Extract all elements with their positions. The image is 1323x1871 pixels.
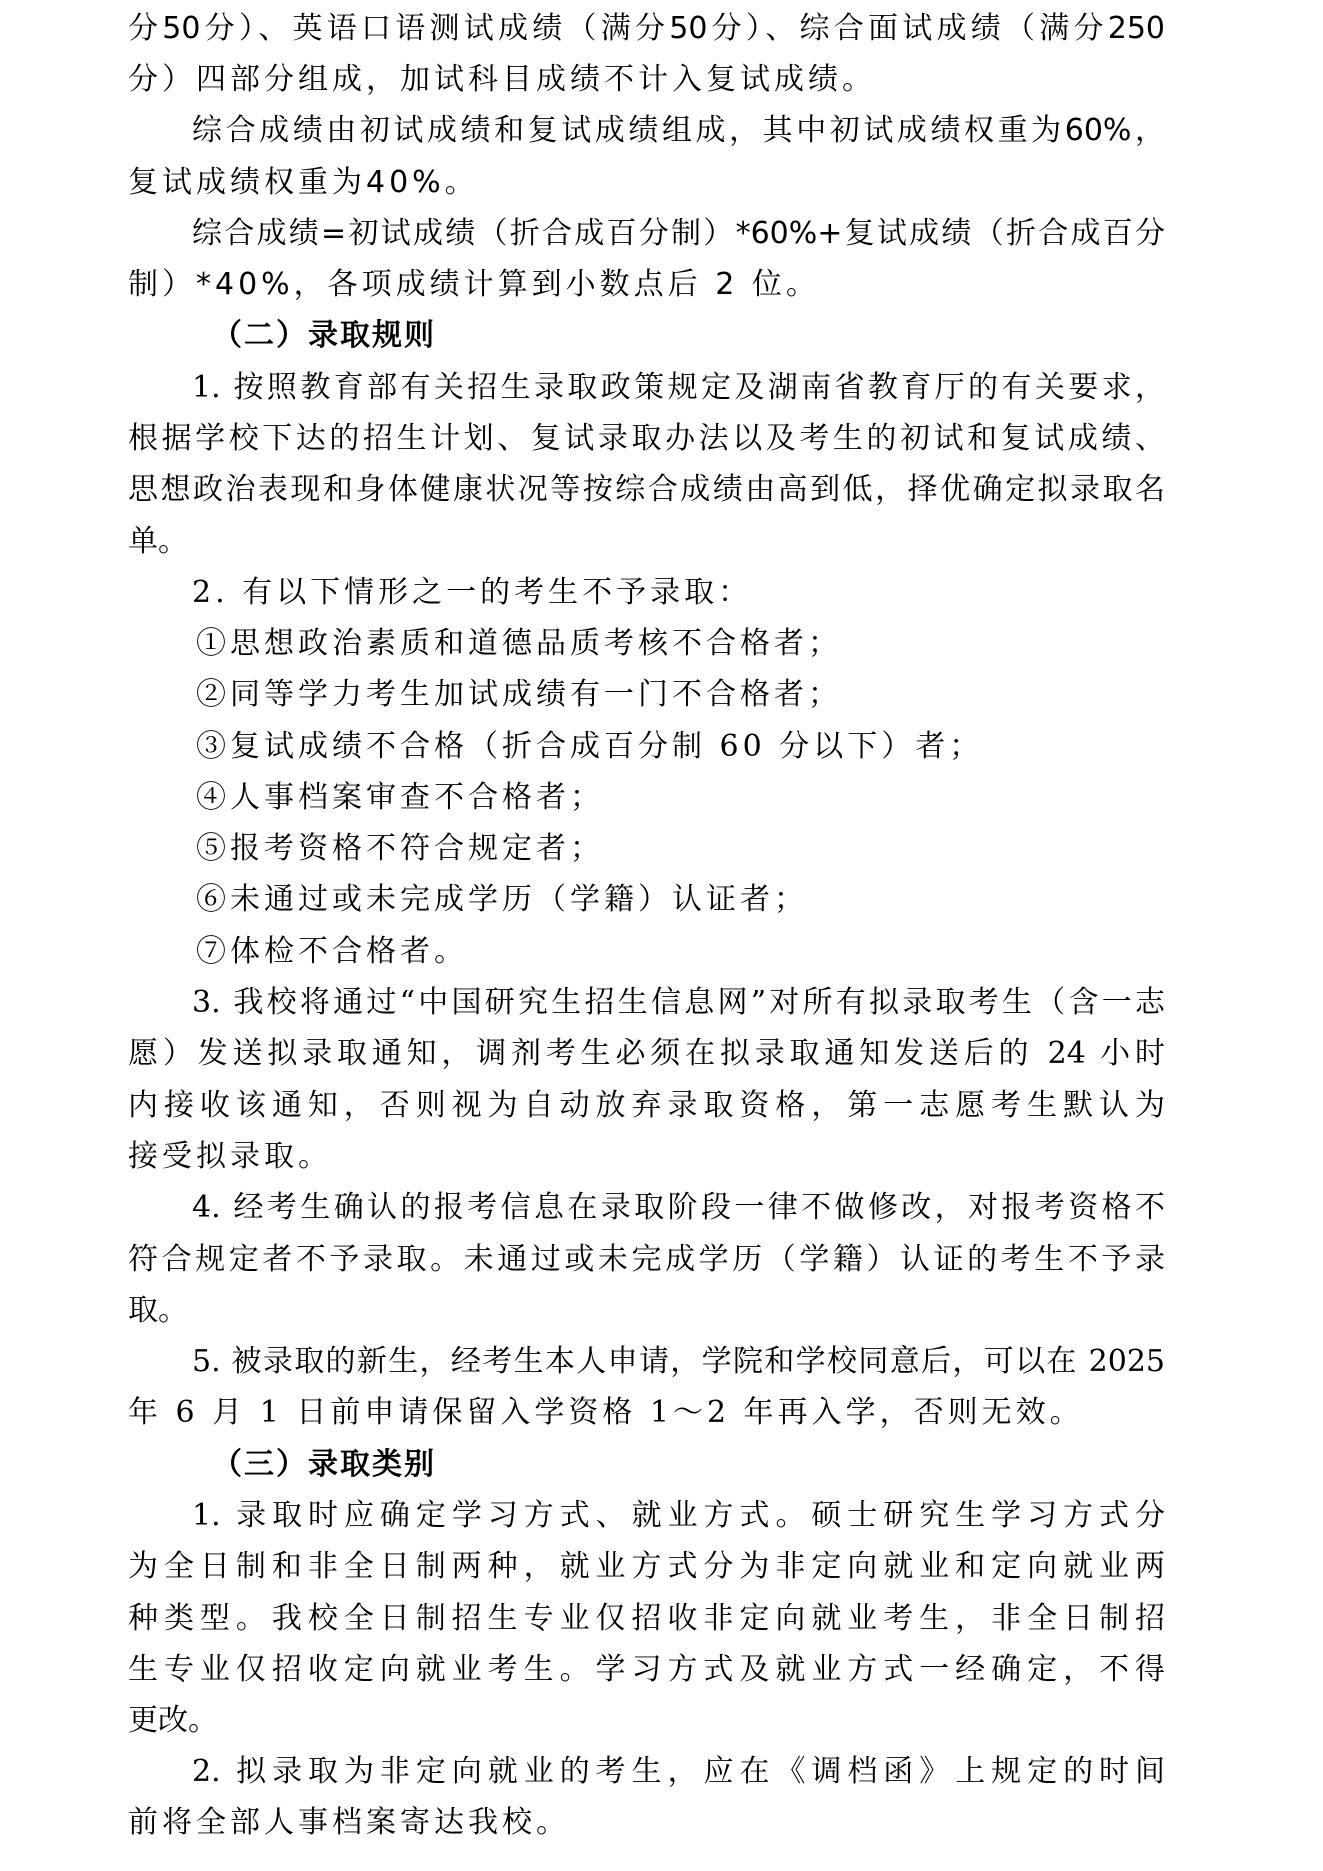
list-item: ⑥未通过或未完成学历（学籍）认证者； <box>196 874 1165 925</box>
text-line: 单。 <box>128 516 1165 567</box>
text-line: 复试成绩权重为40%。 <box>128 157 1165 208</box>
section-heading-admission-categories: （三）录取类别 <box>212 1439 1112 1490</box>
list-item: ③复试成绩不合格（折合成百分制 60 分以下）者； <box>196 721 1165 772</box>
text-line: 综合成绩由初试成绩和复试成绩组成，其中初试成绩权重为60%， <box>192 105 1165 156</box>
text-line: 1. 按照教育部有关招生录取政策规定及湖南省教育厅的有关要求， <box>192 362 1165 413</box>
text-line: 2. 有以下情形之一的考生不予录取： <box>192 567 1165 618</box>
text-line: 符合规定者不予录取。未通过或未完成学历（学籍）认证的考生不予录 <box>128 1234 1165 1285</box>
text-line: 前将全部人事档案寄达我校。 <box>128 1797 1165 1848</box>
text-line: 分50分）、英语口语测试成绩（满分50分）、综合面试成绩（满分250 <box>128 3 1165 54</box>
text-line: 1. 录取时应确定学习方式、就业方式。硕士研究生学习方式分 <box>192 1490 1165 1541</box>
text-line: 愿）发送拟录取通知，调剂考生必须在拟录取通知发送后的 24 小时 <box>128 1028 1165 1079</box>
text-line: 思想政治表现和身体健康状况等按综合成绩由高到低，择优确定拟录取名 <box>128 464 1165 515</box>
text-line: 更改。 <box>128 1695 1165 1746</box>
text-line: 内接收该通知，否则视为自动放弃录取资格，第一志愿考生默认为 <box>128 1080 1165 1131</box>
list-item: ②同等学力考生加试成绩有一门不合格者； <box>196 669 1165 720</box>
text-line: 分）四部分组成，加试科目成绩不计入复试成绩。 <box>128 54 1165 105</box>
list-item: ④人事档案审查不合格者； <box>196 772 1165 823</box>
text-line: 种类型。我校全日制招生专业仅招收非定向就业考生，非全日制招 <box>128 1593 1165 1644</box>
text-line: 2. 拟录取为非定向就业的考生，应在《调档函》上规定的时间 <box>192 1746 1165 1797</box>
text-line: 为全日制和非全日制两种，就业方式分为非定向就业和定向就业两 <box>128 1541 1165 1592</box>
list-item: ⑤报考资格不符合规定者； <box>196 823 1165 874</box>
list-item: ⑦体检不合格者。 <box>196 926 1165 977</box>
text-line: 4. 经考生确认的报考信息在录取阶段一律不做修改，对报考资格不 <box>192 1182 1165 1233</box>
text-line: 取。 <box>128 1285 1165 1336</box>
text-line: 接受拟录取。 <box>128 1131 1165 1182</box>
text-line: 综合成绩=初试成绩（折合成百分制）*60%+复试成绩（折合成百分 <box>192 208 1165 259</box>
text-line: 根据学校下达的招生计划、复试录取办法以及考生的初试和复试成绩、 <box>128 413 1165 464</box>
list-item: ①思想政治素质和道德品质考核不合格者； <box>196 618 1165 669</box>
text-line: 年 6 月 1 日前申请保留入学资格 1～2 年再入学，否则无效。 <box>128 1387 1165 1438</box>
text-line: 制）*40%，各项成绩计算到小数点后 2 位。 <box>128 259 1165 310</box>
text-line: 3. 我校将通过“中国研究生招生信息网”对所有拟录取考生（含一志 <box>192 977 1165 1028</box>
section-heading-admission-rules: （二）录取规则 <box>212 310 1112 361</box>
document-page: 分50分）、英语口语测试成绩（满分50分）、综合面试成绩（满分250 分）四部分… <box>0 0 1323 1871</box>
text-line: 生专业仅招收定向就业考生。学习方式及就业方式一经确定，不得 <box>128 1644 1165 1695</box>
text-line: 5. 被录取的新生，经考生本人申请，学院和学校同意后，可以在 2025 <box>192 1336 1165 1387</box>
